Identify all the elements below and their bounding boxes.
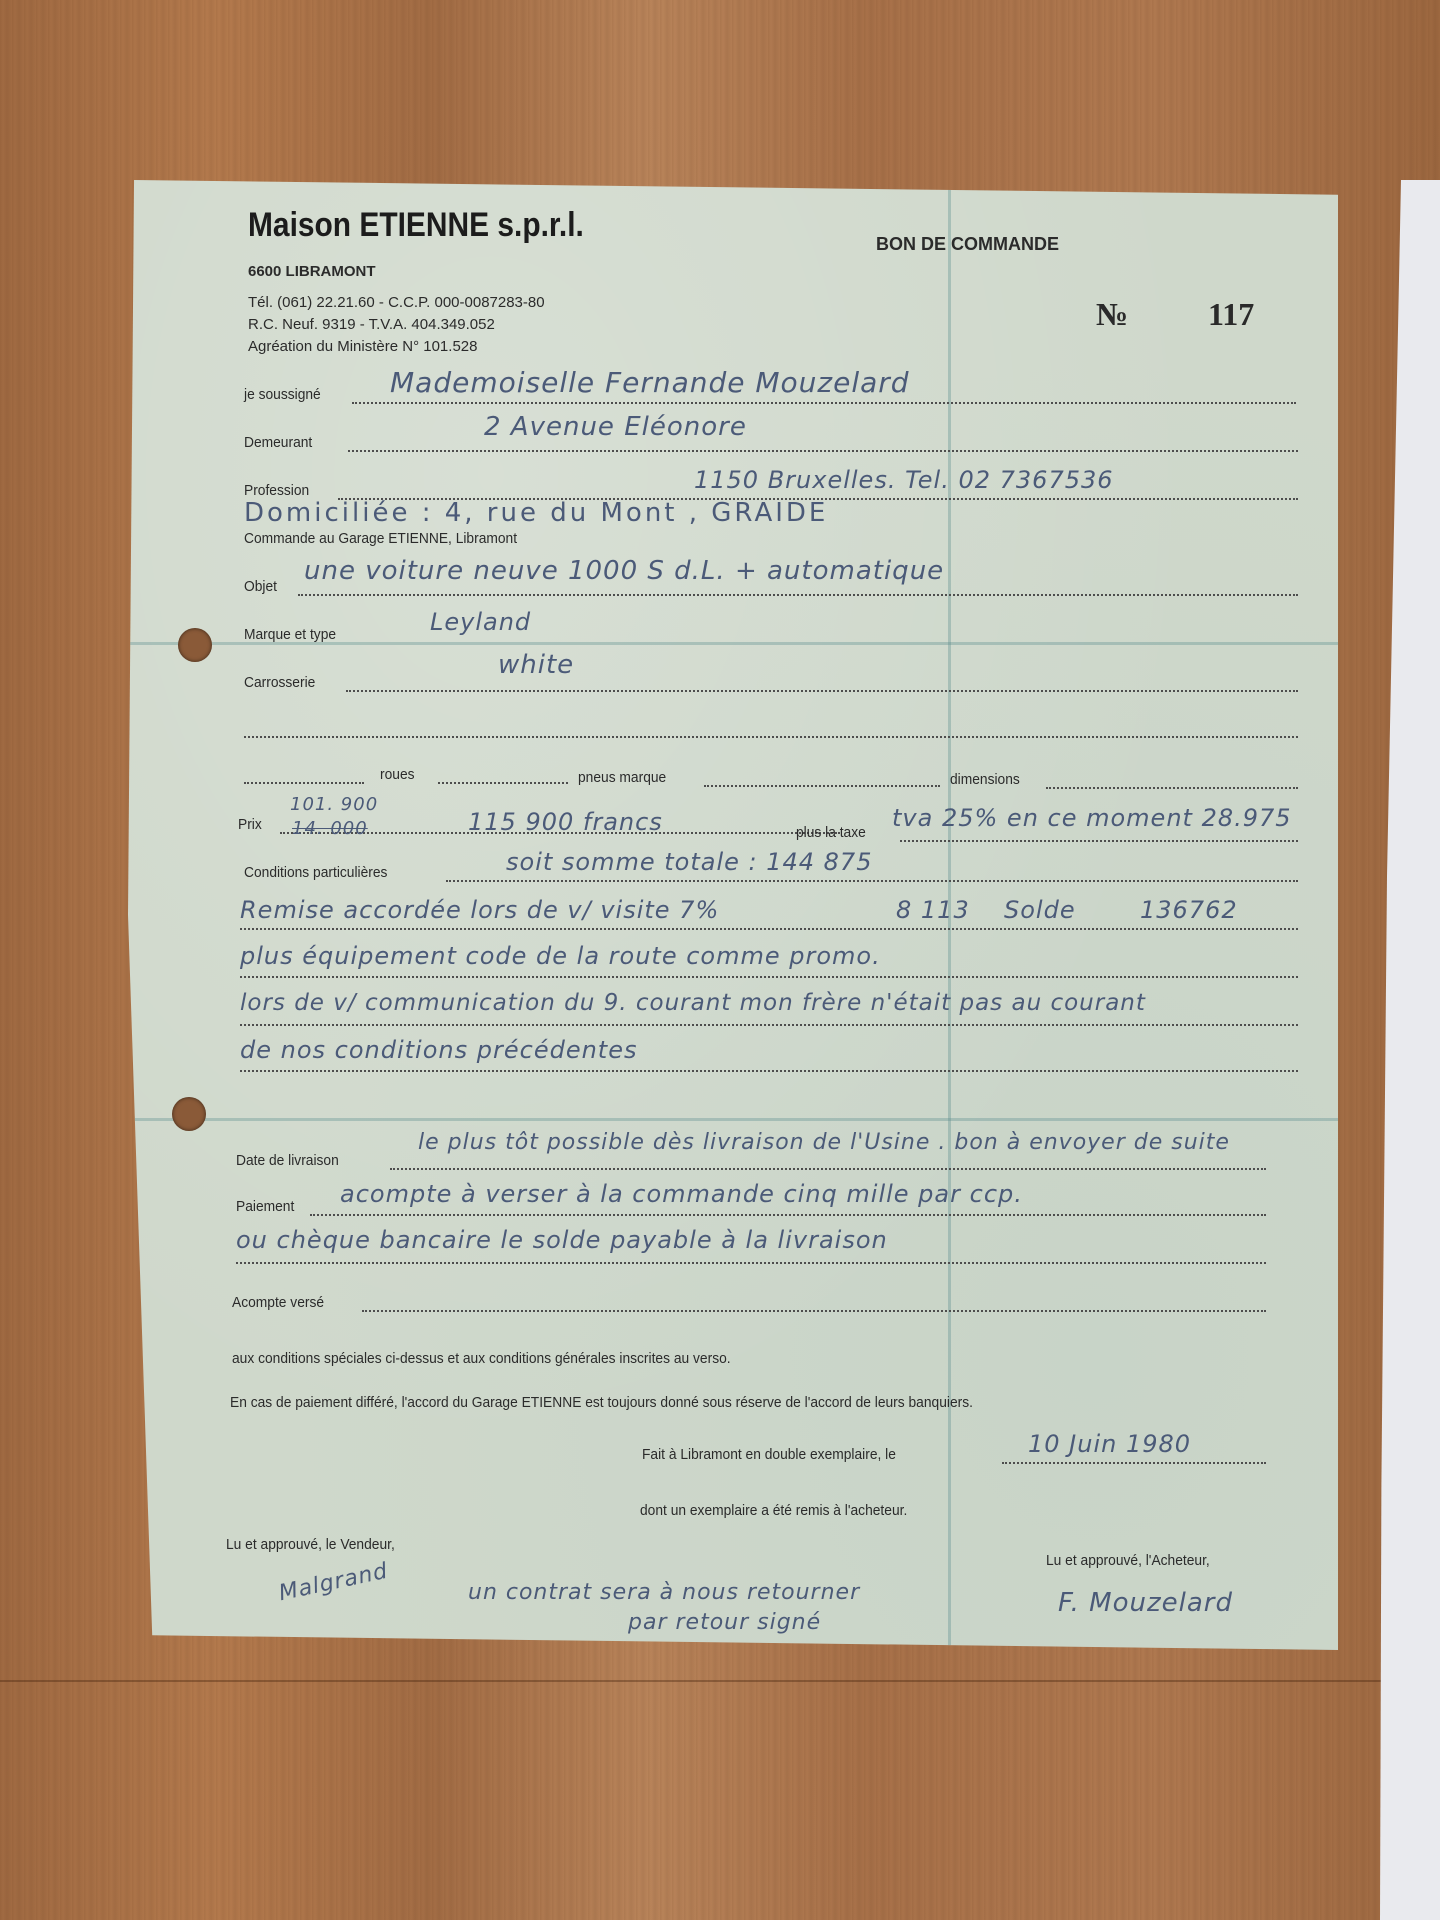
paiement-label: Paiement <box>236 1198 294 1215</box>
profession-value[interactable]: 1150 Bruxelles. Tel. 02 7367536 <box>694 466 1114 494</box>
soussigne-label: je soussigné <box>244 386 321 403</box>
paiement-line-1 <box>236 1262 1266 1264</box>
marque-label: Marque et type <box>244 626 336 643</box>
company-contact-line3: Agréation du Ministère N° 101.528 <box>248 338 477 355</box>
order-number: 117 <box>1208 296 1254 333</box>
fait-a-date[interactable]: 10 Juin 1980 <box>1028 1430 1191 1458</box>
communication-text[interactable]: lors de v/ communication du 9. courant m… <box>240 990 1146 1016</box>
vendeur-signature: Malgrand <box>277 1559 391 1607</box>
objet-line <box>298 594 1298 596</box>
conditions-line-0 <box>446 880 1298 882</box>
fait-a-label: Fait à Libramont en double exemplaire, l… <box>642 1446 896 1463</box>
paiement-line-text-0[interactable]: acompte à verser à la commande cinq mill… <box>340 1180 1023 1208</box>
equipement-text[interactable]: plus équipement code de la route comme p… <box>240 942 881 970</box>
acompte-line[interactable] <box>362 1310 1266 1312</box>
vendeur-label: Lu et approuvé, le Vendeur, <box>226 1536 395 1553</box>
objet-label: Objet <box>244 578 277 595</box>
adjacent-paper-sheet <box>1380 180 1440 1920</box>
form-title: BON DE COMMANDE <box>876 234 1059 255</box>
footer-note-line1: un contrat sera à nous retourner <box>468 1580 860 1605</box>
dimensions-label: dimensions <box>950 771 1020 788</box>
solde-value[interactable]: 136762 <box>1140 896 1238 924</box>
acheteur-signature: F. Mouzelard <box>1058 1588 1233 1618</box>
marque-value[interactable]: Leyland <box>430 608 531 636</box>
footer-note-line2: par retour signé <box>628 1610 821 1635</box>
tax-line <box>900 840 1298 842</box>
livraison-value[interactable]: le plus tôt possible dès livraison de l'… <box>418 1130 1230 1155</box>
acheteur-label: Lu et approuvé, l'Acheteur, <box>1046 1552 1210 1569</box>
demeurant-label: Demeurant <box>244 434 312 451</box>
commande-line: Commande au Garage ETIENNE, Libramont <box>244 530 517 547</box>
conditions-line-3 <box>240 1024 1298 1026</box>
demeurant-value[interactable]: 2 Avenue Eléonore <box>484 412 747 442</box>
company-name: Maison ETIENNE s.p.r.l. <box>248 206 584 245</box>
paiement-line-text-1[interactable]: ou chèque bancaire le solde payable à la… <box>236 1226 888 1254</box>
precedentes-text[interactable]: de nos conditions précédentes <box>240 1036 637 1064</box>
paper-fold-horizontal-bottom <box>128 1118 1338 1121</box>
roues-count-line <box>438 782 568 784</box>
conditions-line-text[interactable]: soit somme totale : 144 875 <box>506 848 872 876</box>
objet-value[interactable]: une voiture neuve 1000 S d.L. + automati… <box>304 556 944 586</box>
roues-label: roues <box>380 766 415 783</box>
dimensions-line <box>1046 787 1298 789</box>
remise-text[interactable]: Remise accordée lors de v/ visite 7% <box>240 896 719 924</box>
conditions-line-1 <box>240 928 1298 930</box>
remise-amount[interactable]: 8 113 <box>896 896 970 924</box>
table-plank-seam <box>0 1680 1440 1682</box>
punch-hole-bottom <box>172 1097 206 1131</box>
pneus-label: pneus marque <box>578 769 666 786</box>
soussigne-value[interactable]: Mademoiselle Fernande Mouzelard <box>390 366 910 399</box>
livraison-label: Date de livraison <box>236 1152 339 1169</box>
company-city: 6600 LIBRAMONT <box>248 263 376 280</box>
fait-a-date-line <box>1002 1462 1266 1464</box>
carrosserie-value[interactable]: white <box>498 650 574 680</box>
paiement-line-0 <box>310 1214 1266 1216</box>
soussigne-line <box>352 402 1296 404</box>
pneus-line <box>704 785 940 787</box>
demeurant-line <box>348 450 1298 452</box>
number-symbol: № <box>1096 296 1128 333</box>
domicile-note[interactable]: Domiciliée : 4, rue du Mont , GRAIDE <box>244 498 828 528</box>
roues-line <box>244 782 364 784</box>
conditions-line-2 <box>240 976 1298 978</box>
tax-value[interactable]: tva 25% en ce moment 28.975 <box>892 804 1292 832</box>
clause-paiement-differe: En cas de paiement différé, l'accord du … <box>230 1394 973 1411</box>
carrosserie-label: Carrosserie <box>244 674 315 691</box>
prix-label: Prix <box>238 816 262 833</box>
exemplaire-note: dont un exemplaire a été remis à l'achet… <box>640 1502 907 1519</box>
carrosserie-line <box>346 690 1298 692</box>
blank-line <box>244 736 1298 738</box>
conditions-label: Conditions particulières <box>244 864 387 881</box>
livraison-line <box>390 1168 1266 1170</box>
solde-label: Solde <box>1004 896 1076 924</box>
order-form-sheet: Maison ETIENNE s.p.r.l. 6600 LIBRAMONT T… <box>128 180 1338 1650</box>
company-contact-line1: Tél. (061) 22.21.60 - C.C.P. 000-0087283… <box>248 294 545 311</box>
conditions-line-4 <box>240 1070 1298 1072</box>
prix-value[interactable]: 115 900 francs <box>468 808 663 836</box>
clause-conditions: aux conditions spéciales ci-dessus et au… <box>232 1350 731 1367</box>
prix-note-struck: 14. 000 <box>292 818 368 839</box>
prix-note-top: 101. 900 <box>290 794 378 815</box>
company-contact-line2: R.C. Neuf. 9319 - T.V.A. 404.349.052 <box>248 316 495 333</box>
acompte-label: Acompte versé <box>232 1294 324 1311</box>
profession-label: Profession <box>244 482 309 499</box>
tax-label: plus la taxe <box>796 824 866 841</box>
punch-hole-top <box>178 628 212 662</box>
